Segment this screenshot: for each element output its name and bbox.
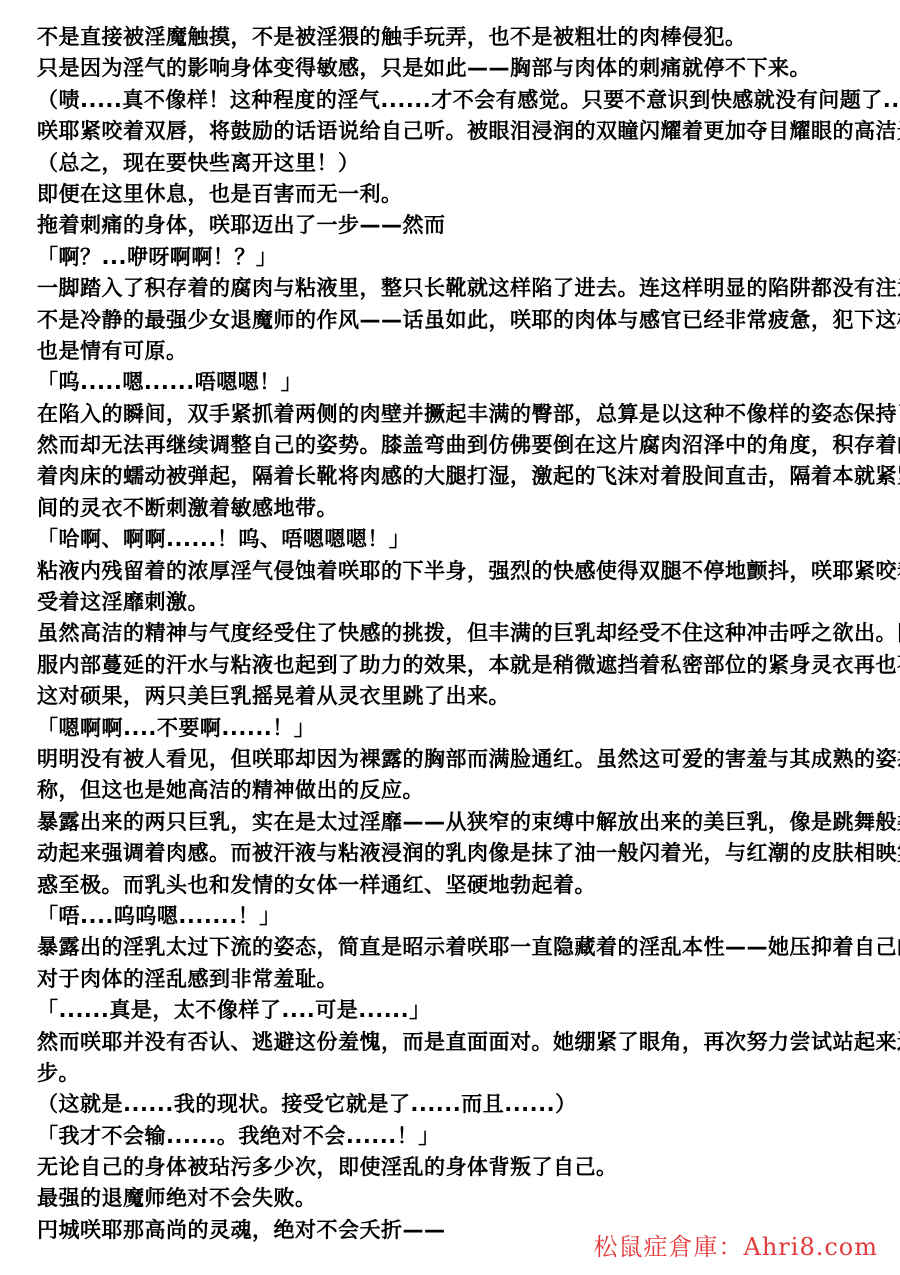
text-line: 不是直接被淫魔触摸，不是被淫猥的触手玩弄，也不是被粗壮的肉棒侵犯。 — [37, 22, 870, 53]
text-line: 「嗯啊啊....不要啊......！」 — [37, 713, 870, 744]
text-line: 称，但这也是她高洁的精神做出的反应。 — [37, 775, 870, 806]
text-line: 也是情有可原。 — [37, 336, 870, 367]
text-line: 「呜.....嗯......唔嗯嗯！」 — [37, 367, 870, 398]
text-line: 服内部蔓延的汗水与粘液也起到了助力的效果，本就是稍微遮挡着私密部位的紧身灵衣再也… — [37, 650, 870, 681]
text-line: （这就是......我的现状。接受它就是了......而且......） — [37, 1089, 870, 1120]
text-line: 无论自己的身体被玷污多少次，即使淫乱的身体背叛了自己。 — [37, 1152, 870, 1183]
text-line: 「我才不会输......。我绝对不会......！」 — [37, 1121, 870, 1152]
text-line: 咲耶紧咬着双唇，将鼓励的话语说给自己听。被眼泪浸润的双瞳闪耀着更加夺目耀眼的高洁… — [37, 116, 870, 147]
text-line: 暴露出来的两只巨乳，实在是太过淫靡——从狭窄的束缚中解放出来的美巨乳，像是跳舞般… — [37, 807, 870, 838]
text-line: 受着这淫靡刺激。 — [37, 587, 870, 618]
text-line: 拖着刺痛的身体，咲耶迈出了一步——然而 — [37, 210, 870, 241]
text-line: 暴露出的淫乳太过下流的姿态，简直是昭示着咲耶一直隐藏着的淫乱本性——她压抑着自己… — [37, 932, 870, 963]
text-line: 着肉床的蠕动被弹起，隔着长靴将肉感的大腿打湿，激起的飞沫对着股间直击，隔着本就紧… — [37, 461, 870, 492]
text-line: 一脚踏入了积存着的腐肉与粘液里，整只长靴就这样陷了进去。连这样明显的陷阱都没有注… — [37, 273, 870, 304]
text-line: 「唔....呜呜嗯.......！」 — [37, 901, 870, 932]
text-line: 这对硕果，两只美巨乳摇晃着从灵衣里跳了出来。 — [37, 681, 870, 712]
text-line: 「哈啊、啊啊......！呜、唔嗯嗯嗯！」 — [37, 524, 870, 555]
text-line: 即便在这里休息，也是百害而无一利。 — [37, 179, 870, 210]
text-line: 在陷入的瞬间，双手紧抓着两侧的肉壁并撅起丰满的臀部，总算是以这种不像样的姿态保持… — [37, 399, 870, 430]
text-line: 然而却无法再继续调整自己的姿势。膝盖弯曲到仿佛要倒在这片腐肉沼泽中的角度，积存着… — [37, 430, 870, 461]
text-line: 「......真是，太不像样了....可是......」 — [37, 995, 870, 1026]
text-line: 明明没有被人看见，但咲耶却因为裸露的胸部而满脸通红。虽然这可爱的害羞与其成熟的姿… — [37, 744, 870, 775]
text-line: 惑至极。而乳头也和发情的女体一样通红、坚硬地勃起着。 — [37, 870, 870, 901]
text-line: 对于肉体的淫乱感到非常羞耻。 — [37, 964, 870, 995]
text-line: （总之，现在要快些离开这里！） — [37, 148, 870, 179]
text-line: 虽然高洁的精神与气度经受住了快感的挑拨，但丰满的巨乳却经受不住这种冲击呼之欲出。… — [37, 618, 870, 649]
text-line: 只是因为淫气的影响身体变得敏感，只是如此——胸部与肉体的刺痛就停不下来。 — [37, 53, 870, 84]
text-line: 步。 — [37, 1058, 870, 1089]
text-line: 间的灵衣不断刺激着敏感地带。 — [37, 493, 870, 524]
watermark: 松鼠症倉庫：Ahri8.com — [594, 1227, 878, 1262]
text-line: 最强的退魔师绝对不会失败。 — [37, 1183, 870, 1214]
text-line: 然而咲耶并没有否认、逃避这份羞愧，而是直面面对。她绷紧了眼角，再次努力尝试站起来… — [37, 1027, 870, 1058]
text-line: 粘液内残留着的浓厚淫气侵蚀着咲耶的下半身，强烈的快感使得双腿不停地颤抖，咲耶紧咬… — [37, 556, 870, 587]
text-line: 「啊？...咿呀啊啊！？」 — [37, 242, 870, 273]
text-line: 动起来强调着肉感。而被汗液与粘液浸润的乳肉像是抹了油一般闪着光，与红潮的皮肤相映… — [37, 838, 870, 869]
text-line: （啧.....真不像样！这种程度的淫气......才不会有感觉。只要不意识到快感… — [37, 85, 870, 116]
text-block: 不是直接被淫魔触摸，不是被淫猥的触手玩弄，也不是被粗壮的肉棒侵犯。 只是因为淫气… — [37, 22, 870, 1246]
document-page: 不是直接被淫魔触摸，不是被淫猥的触手玩弄，也不是被粗壮的肉棒侵犯。 只是因为淫气… — [0, 0, 900, 1275]
text-line: 不是冷静的最强少女退魔师的作风——话虽如此，咲耶的肉体与感官已经非常疲惫，犯下这… — [37, 305, 870, 336]
